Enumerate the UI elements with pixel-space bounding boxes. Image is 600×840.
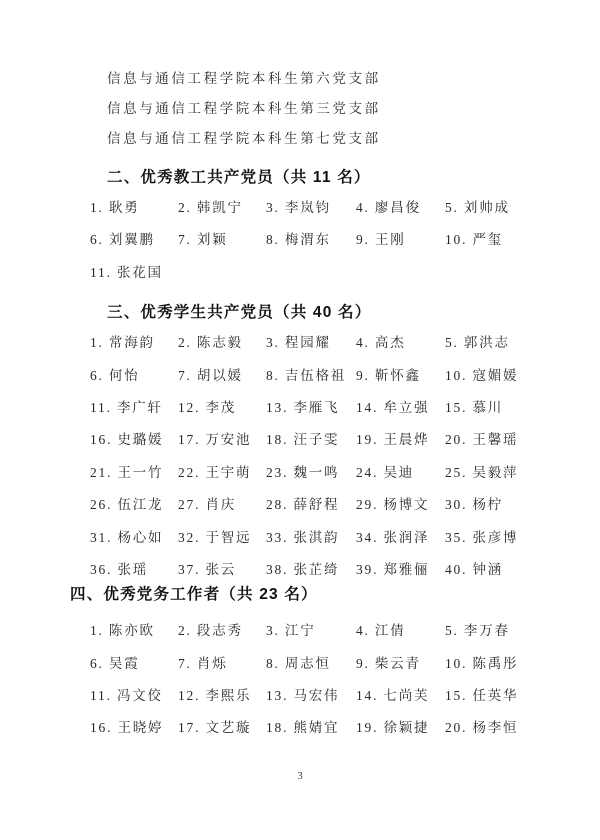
member-entry: 5. 李万春 xyxy=(445,615,518,647)
branch-line: 信息与通信工程学院本科生第六党支部 xyxy=(107,64,514,94)
member-entry: 17. 文艺璇 xyxy=(178,712,266,744)
document-page: 信息与通信工程学院本科生第六党支部 信息与通信工程学院本科生第三党支部 信息与通… xyxy=(0,0,600,840)
member-entry: 7. 肖烁 xyxy=(178,648,266,680)
member-entry: 9. 柴云青 xyxy=(356,648,445,680)
member-entry: 16. 王晓婷 xyxy=(90,712,178,744)
member-entry: 8. 周志恒 xyxy=(266,648,356,680)
member-entry: 4. 高杰 xyxy=(356,327,445,359)
member-entry: 19. 王晨烨 xyxy=(356,424,445,456)
member-entry: 5. 刘帅成 xyxy=(445,192,514,224)
member-entry: 19. 徐颖捷 xyxy=(356,712,445,744)
member-entry: 31. 杨心如 xyxy=(90,522,178,554)
member-entry: 38. 张芷绮 xyxy=(266,554,356,586)
member-entry: 16. 史璐媛 xyxy=(90,424,178,456)
member-entry: 12. 李熙乐 xyxy=(178,680,266,712)
member-entry: 25. 吴毅萍 xyxy=(445,457,518,489)
member-entry: 3. 李岚钧 xyxy=(266,192,356,224)
member-entry: 29. 杨博文 xyxy=(356,489,445,521)
member-entry: 11. 张花国 xyxy=(90,257,178,289)
branch-list: 信息与通信工程学院本科生第六党支部 信息与通信工程学院本科生第三党支部 信息与通… xyxy=(90,64,514,154)
member-entry: 15. 任英华 xyxy=(445,680,518,712)
member-entry: 5. 郭洪志 xyxy=(445,327,518,359)
member-entry: 26. 伍江龙 xyxy=(90,489,178,521)
award-section: 四、优秀党务工作者（共 23 名）1. 陈亦欧2. 段志秀3. 江宁4. 江倩5… xyxy=(90,583,514,745)
member-entry: 4. 江倩 xyxy=(356,615,445,647)
member-entry: 13. 马宏伟 xyxy=(266,680,356,712)
member-entry: 8. 吉伍格祖 xyxy=(266,360,356,392)
member-entry: 36. 张瑶 xyxy=(90,554,178,586)
member-entry: 13. 李雁飞 xyxy=(266,392,356,424)
member-entry: 34. 张润泽 xyxy=(356,522,445,554)
member-entry: 17. 万安池 xyxy=(178,424,266,456)
member-entry: 3. 江宁 xyxy=(266,615,356,647)
member-grid: 1. 陈亦欧2. 段志秀3. 江宁4. 江倩5. 李万春6. 吴霞7. 肖烁8.… xyxy=(90,615,514,745)
member-entry: 11. 冯文佼 xyxy=(90,680,178,712)
member-entry: 4. 廖昌俊 xyxy=(356,192,445,224)
member-entry: 10. 陈禹彤 xyxy=(445,648,518,680)
member-entry: 12. 李茂 xyxy=(178,392,266,424)
section-title: 二、优秀教工共产党员（共 11 名） xyxy=(107,166,514,190)
section-title: 四、优秀党务工作者（共 23 名） xyxy=(70,583,514,607)
member-entry: 39. 郑雅俪 xyxy=(356,554,445,586)
member-entry: 20. 王馨瑶 xyxy=(445,424,518,456)
member-entry: 8. 梅渭东 xyxy=(266,224,356,256)
member-entry: 11. 李广轩 xyxy=(90,392,178,424)
member-entry: 23. 魏一鸣 xyxy=(266,457,356,489)
member-entry: 3. 程园耀 xyxy=(266,327,356,359)
member-entry: 1. 陈亦欧 xyxy=(90,615,178,647)
member-entry: 15. 慕川 xyxy=(445,392,518,424)
award-section: 三、优秀学生共产党员（共 40 名）1. 常海韵2. 陈志毅3. 程园耀4. 高… xyxy=(90,301,514,586)
member-entry: 9. 王刚 xyxy=(356,224,445,256)
member-entry: 14. 七尚芙 xyxy=(356,680,445,712)
member-entry: 10. 严玺 xyxy=(445,224,514,256)
member-entry: 2. 韩凯宁 xyxy=(178,192,266,224)
member-entry: 6. 刘翼鹏 xyxy=(90,224,178,256)
member-entry: 2. 陈志毅 xyxy=(178,327,266,359)
branch-line: 信息与通信工程学院本科生第三党支部 xyxy=(107,94,514,124)
member-entry: 10. 寇媚媛 xyxy=(445,360,518,392)
member-entry: 27. 肖庆 xyxy=(178,489,266,521)
member-entry: 6. 吴霞 xyxy=(90,648,178,680)
award-section: 二、优秀教工共产党员（共 11 名）1. 耿勇2. 韩凯宁3. 李岚钧4. 廖昌… xyxy=(90,166,514,289)
member-entry: 18. 汪子雯 xyxy=(266,424,356,456)
member-entry: 33. 张淇韵 xyxy=(266,522,356,554)
member-entry: 32. 于智远 xyxy=(178,522,266,554)
member-entry: 22. 王宇萌 xyxy=(178,457,266,489)
member-entry: 21. 王一竹 xyxy=(90,457,178,489)
member-entry: 1. 常海韵 xyxy=(90,327,178,359)
page-number: 3 xyxy=(297,770,303,782)
member-entry: 18. 熊婧宜 xyxy=(266,712,356,744)
member-entry: 35. 张彦博 xyxy=(445,522,518,554)
member-entry: 24. 吴迪 xyxy=(356,457,445,489)
member-entry: 30. 杨柠 xyxy=(445,489,518,521)
member-grid: 1. 耿勇2. 韩凯宁3. 李岚钧4. 廖昌俊5. 刘帅成6. 刘翼鹏7. 刘颖… xyxy=(90,192,514,289)
member-entry: 1. 耿勇 xyxy=(90,192,178,224)
member-entry: 40. 钟涵 xyxy=(445,554,518,586)
section-title: 三、优秀学生共产党员（共 40 名） xyxy=(107,301,514,325)
branch-line: 信息与通信工程学院本科生第七党支部 xyxy=(107,124,514,154)
member-entry: 6. 何怡 xyxy=(90,360,178,392)
member-entry: 9. 靳怀鑫 xyxy=(356,360,445,392)
sections-container: 二、优秀教工共产党员（共 11 名）1. 耿勇2. 韩凯宁3. 李岚钧4. 廖昌… xyxy=(90,166,514,745)
member-entry: 7. 胡以媛 xyxy=(178,360,266,392)
member-entry: 14. 牟立强 xyxy=(356,392,445,424)
member-entry: 28. 薛舒程 xyxy=(266,489,356,521)
member-entry: 20. 杨李恒 xyxy=(445,712,518,744)
member-entry: 7. 刘颖 xyxy=(178,224,266,256)
member-entry: 2. 段志秀 xyxy=(178,615,266,647)
page-footer: 3 xyxy=(0,766,600,784)
member-grid: 1. 常海韵2. 陈志毅3. 程园耀4. 高杰5. 郭洪志6. 何怡7. 胡以媛… xyxy=(90,327,514,586)
member-entry: 37. 张云 xyxy=(178,554,266,586)
